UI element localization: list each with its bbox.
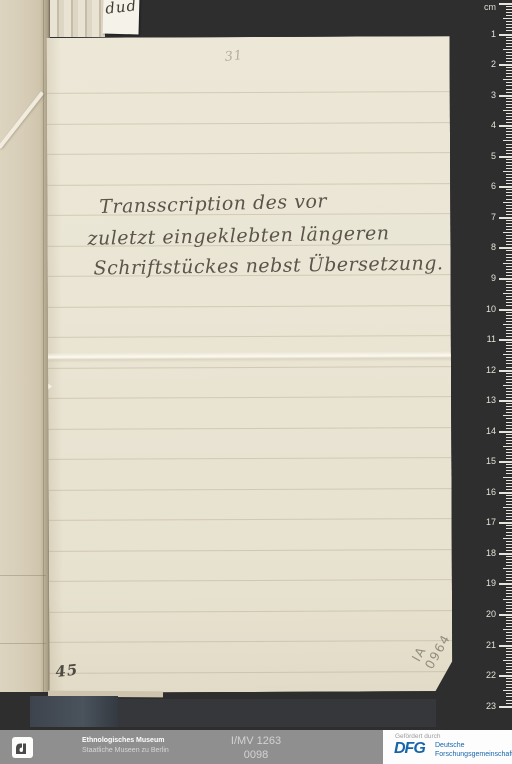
ruler-cm-label: 14 [480,426,496,436]
ruler-mm-tick [506,666,512,667]
ruler-cm-label: 18 [480,548,496,558]
ruler-cm-tick [499,3,512,5]
ruler-mm-tick [506,159,512,160]
ruler-mm-tick [503,660,512,661]
ruler-mm-tick [506,437,512,438]
ruler-mm-tick [506,525,512,526]
ruler-cm-label: 11 [480,334,496,344]
ruler-mm-tick [506,275,512,276]
ruler-mm-tick [506,394,512,395]
ruler-mm-tick [506,89,512,90]
ruler-mm-tick [506,418,512,419]
ruled-line [49,610,452,613]
ruler-mm-tick [506,244,512,245]
ruler-mm-tick [503,690,512,691]
crease-line [0,643,46,644]
document-id-block: I/MV 1263 0098 [156,734,356,762]
ruled-line [47,122,450,125]
ruler-mm-tick [506,30,512,31]
ruler-mm-tick [506,443,512,444]
ruler-mm-tick [506,559,512,560]
page-fold-mark [0,91,44,149]
ruler-mm-tick [506,113,512,114]
ruler-mm-tick [506,638,512,639]
ruler-mm-tick [506,391,512,392]
ruler-mm-tick [506,550,512,551]
ruled-line [48,366,451,369]
ruler-mm-tick [506,235,512,236]
ruler-mm-tick [503,477,512,478]
stacked-page-edges [50,0,105,37]
ruler-cm-label: 4 [480,120,496,130]
ruler-cm-tick [499,95,512,97]
ruler-mm-tick [506,250,512,251]
dfg-org-name: Deutsche Forschungsgemeinschaft [435,742,512,759]
ruler-mm-tick [503,385,512,386]
ruler-mm-tick [506,409,512,410]
ruler-mm-tick [506,299,512,300]
ruler-mm-tick [506,376,512,377]
ruler-mm-tick [506,40,512,41]
ruler-mm-tick [506,348,512,349]
ruler-mm-tick [506,608,512,609]
ruler-mm-tick [503,599,512,600]
ruler-mm-tick [506,397,512,398]
ruler-mm-tick [506,440,512,441]
ruler-mm-tick [506,470,512,471]
ruler-mm-tick [506,360,512,361]
ruler-mm-tick [506,428,512,429]
ruler-mm-tick [506,623,512,624]
ruler-cm-tick [499,614,512,616]
ruler-mm-tick [506,571,512,572]
ruler-mm-tick [506,92,512,93]
ruler-mm-tick [506,626,512,627]
ruler-mm-tick [506,574,512,575]
ruler-mm-tick [506,122,512,123]
ruler-mm-tick [506,687,512,688]
ruler-mm-tick [506,632,512,633]
ruler-mm-tick [506,541,512,542]
ruled-line [49,579,452,582]
ruled-line [49,518,452,521]
ruler-mm-tick [506,516,512,517]
ruler-mm-tick [506,590,512,591]
ruler-mm-tick [506,226,512,227]
ruler-mm-tick [506,269,512,270]
handwriting-line: zuletzt eingeklebten längeren [87,222,389,250]
ruler-mm-tick [506,696,512,697]
ruler-cm-label: 21 [480,640,496,650]
ruler-cm-label: 23 [480,701,496,711]
inventory-stamp: IA 0964 [409,621,453,671]
ruled-line [49,549,452,552]
ruler-mm-tick [506,284,512,285]
dfg-logo: DFG [394,740,425,758]
ruler-mm-tick [503,18,512,19]
ruler-cm-tick [499,706,512,708]
ruler-mm-tick [506,296,512,297]
ruler-mm-tick [503,538,512,539]
ruler-cm-label: 19 [480,578,496,588]
ruler-cm-tick [499,583,512,585]
ruler-mm-tick [506,305,512,306]
ruler-mm-tick [506,388,512,389]
ruler-mm-tick [503,415,512,416]
ruler-mm-tick [506,480,512,481]
ruler-mm-tick [506,467,512,468]
ruled-line [49,488,452,491]
image-number: 0098 [156,748,356,762]
ruler-mm-tick [506,602,512,603]
ruler-mm-tick [506,544,512,545]
ruler-mm-tick [506,336,512,337]
ruler-mm-tick [506,223,512,224]
ruler-mm-tick [506,501,512,502]
ruler-mm-tick [506,9,512,10]
ruler-mm-tick [506,52,512,53]
page-edge-line [43,0,44,692]
ruler-mm-tick [506,648,512,649]
ruler-mm-tick [506,266,512,267]
ruler-mm-tick [506,458,512,459]
ruler-mm-tick [506,510,512,511]
manuscript-page: 31 Transscription des vor zuletzt eingek… [47,36,453,693]
ruler-mm-tick [506,260,512,261]
ruler-mm-tick [506,82,512,83]
ruler-mm-tick [506,70,512,71]
book-bottom-edge [30,696,118,727]
ruler-mm-tick [506,681,512,682]
ruler-cm-tick [499,278,512,280]
ruler-mm-tick [506,620,512,621]
ruler-mm-tick [506,272,512,273]
ruler-mm-tick [503,507,512,508]
ruler-mm-tick [506,657,512,658]
ruler-mm-tick [506,700,512,701]
ruler-mm-tick [506,321,512,322]
ruler-mm-tick [506,144,512,145]
ruler-cm-tick [499,492,512,494]
ruler-mm-tick [506,254,512,255]
ruler-mm-tick [506,587,512,588]
ruler-mm-tick [506,425,512,426]
slip-handwriting: dud [104,0,138,18]
ruler-mm-tick [506,6,512,7]
ruler-mm-tick [506,281,512,282]
ruled-line [47,183,450,186]
ruler-cm-tick [499,675,512,677]
ruler-mm-tick [506,214,512,215]
paper-slip: dud [103,0,140,34]
ruler-mm-tick [506,345,512,346]
ruler-mm-tick [506,351,512,352]
smb-logo-icon [12,737,33,758]
ruler-cm-tick [499,156,512,158]
folio-number-top: 31 [224,48,244,65]
ruler-mm-tick [506,654,512,655]
ruler-cm-tick [499,125,512,127]
ruler-mm-tick [506,318,512,319]
ruler-cm-tick [499,247,512,249]
ruler-mm-tick [503,49,512,50]
ruler-cm-label: 6 [480,181,496,191]
footer-bar: Ethnologisches Museum Staatliche Museen … [0,730,512,764]
ruler-mm-tick [506,412,512,413]
ruler-mm-tick [506,556,512,557]
ruler-cm-label: 8 [480,242,496,252]
ruler-mm-tick [503,202,512,203]
ruler-mm-tick [506,162,512,163]
ruler-mm-tick [503,354,512,355]
ruler-mm-tick [506,483,512,484]
ruler-mm-tick [506,422,512,423]
ruled-line [49,640,452,643]
ruler-mm-tick [506,27,512,28]
ruler-mm-tick [503,232,512,233]
ruler-mm-tick [506,37,512,38]
ruler-mm-tick [506,137,512,138]
ruler-mm-tick [506,382,512,383]
ruler-cm-label: 12 [480,365,496,375]
ruler-mm-tick [506,302,512,303]
ruler-mm-tick [506,21,512,22]
ruler-mm-tick [506,147,512,148]
ruler-mm-tick [506,208,512,209]
ruler-mm-tick [506,134,512,135]
ruler-cm-label: 13 [480,395,496,405]
ruler-mm-tick [506,211,512,212]
ruled-lines [47,36,450,38]
ruler-mm-tick [506,565,512,566]
ruler-mm-tick [506,367,512,368]
ruler-mm-tick [506,119,512,120]
ruler-mm-tick [506,580,512,581]
ruler-cm-label: 9 [480,273,496,283]
ruler-mm-tick [506,85,512,86]
ruler-mm-tick [506,199,512,200]
ruler-cm-tick [499,217,512,219]
ruler-cm-label: 2 [480,59,496,69]
ruler-mm-tick [503,263,512,264]
ruler-mm-tick [506,547,512,548]
ruler-mm-tick [503,171,512,172]
ruler-cm-tick [499,553,512,555]
ruler-mm-tick [506,379,512,380]
ruler-mm-tick [506,684,512,685]
ruler-mm-tick [506,12,512,13]
handwriting-line: Schriftstückes nebst Übersetzung. [93,252,443,279]
ruler-mm-tick [506,15,512,16]
ruler-mm-tick [506,498,512,499]
ruler-mm-tick [506,342,512,343]
ruler-mm-tick [503,110,512,111]
ruler-mm-tick [503,568,512,569]
ruler-mm-tick [506,327,512,328]
ruler-cm-label: 16 [480,487,496,497]
ruler-mm-tick [506,195,512,196]
ruler-mm-tick [506,434,512,435]
ruler-mm-tick [506,153,512,154]
ruler-mm-tick [506,635,512,636]
ruler-mm-tick [506,116,512,117]
ruler-cm-tick [499,522,512,524]
horizontal-crease [48,351,451,363]
ruler-mm-tick [506,180,512,181]
ruler-mm-tick [506,357,512,358]
ruler-mm-tick [506,363,512,364]
ruler-mm-tick [506,403,512,404]
ruler-cm-tick [499,370,512,372]
ruler-mm-tick [506,73,512,74]
ruler-mm-tick [506,504,512,505]
ruler-cm-tick [499,64,512,66]
ruler-cm-tick [499,34,512,36]
ruler-mm-tick [503,140,512,141]
ruler-mm-tick [506,605,512,606]
ruler-cm-tick [499,186,512,188]
ruler-mm-tick [506,315,512,316]
ruled-line [48,396,451,399]
ruler-cm-label: 7 [480,212,496,222]
ruler-mm-tick [506,528,512,529]
ruler-cm-tick [499,309,512,311]
ruler-mm-tick [506,473,512,474]
ruler-mm-tick [506,168,512,169]
ruled-line [48,427,451,430]
ruler-mm-tick [506,577,512,578]
ruler-mm-tick [506,43,512,44]
ruler-mm-tick [503,629,512,630]
ruled-line [48,305,451,308]
ruler-mm-tick [506,192,512,193]
folio-number-bottom: 45 [54,661,79,681]
ruler-mm-tick [506,76,512,77]
ruler-mm-tick [506,669,512,670]
ruler-mm-tick [506,535,512,536]
ruler-mm-tick [506,229,512,230]
ruler-mm-tick [506,519,512,520]
ruler-cm-label: 15 [480,456,496,466]
ruler-cm-label: 10 [480,304,496,314]
ruler-mm-tick [506,452,512,453]
crease-line [0,575,46,576]
ruler-mm-tick [506,596,512,597]
ruler-mm-tick [506,333,512,334]
ruler-mm-tick [506,205,512,206]
book-left-edge [0,0,50,692]
document-id: I/MV 1263 [156,734,356,748]
ruler-mm-tick [506,128,512,129]
ruler-mm-tick [506,641,512,642]
ruler-mm-tick [506,330,512,331]
ruler-mm-tick [506,489,512,490]
ruled-line [49,671,452,674]
ruler-mm-tick [506,532,512,533]
ruler-mm-tick [506,55,512,56]
ruler-mm-tick [506,150,512,151]
ruler-cm-tick [499,461,512,463]
ruler-cm-tick [499,400,512,402]
ruler-mm-tick [503,79,512,80]
ruler-mm-tick [506,464,512,465]
ruler-cm-tick [499,431,512,433]
ruler-cm-label: 20 [480,609,496,619]
ruled-line [48,335,451,338]
ruler-cm-label: 3 [480,90,496,100]
ruler-mm-tick [506,58,512,59]
ruler-cm-label: 5 [480,151,496,161]
ruler-cm-tick [499,339,512,341]
ruler-mm-tick [506,672,512,673]
ruler-mm-tick [506,257,512,258]
ruler-mm-tick [506,678,512,679]
ruler-mm-tick [506,46,512,47]
funding-label: Gefördert durch [395,733,441,740]
ruler-mm-tick [506,177,512,178]
ruler-mm-tick [506,61,512,62]
ruler-mm-tick [506,101,512,102]
dfg-funding-box: Gefördert durch DFG Deutsche Forschungsg… [383,730,512,764]
ruler-mm-tick [506,67,512,68]
ruler-mm-tick [506,449,512,450]
ruled-line [47,152,450,155]
ruler-unit-label: cm [484,2,496,12]
ruler-mm-tick [503,293,512,294]
ruler-mm-tick [506,104,512,105]
ruler-mm-tick [506,220,512,221]
book-bottom-shadow [118,699,436,727]
ruler-mm-tick [506,513,512,514]
ruler-mm-tick [506,174,512,175]
ruler-mm-tick [503,324,512,325]
ruled-line [48,457,451,460]
ruler-mm-tick [506,189,512,190]
ruler-cm-tick [499,645,512,647]
ruler-mm-tick [506,165,512,166]
ruler-mm-tick [506,651,512,652]
ruler-mm-tick [506,617,512,618]
ruled-line [47,91,450,94]
ruler-mm-tick [506,312,512,313]
ruler-cm-label: 22 [480,670,496,680]
ruler-mm-tick [506,241,512,242]
document-viewer: dud 31 Transscription des vor zuletzt ei… [0,0,512,764]
ruler-mm-tick [506,611,512,612]
ruler-mm-tick [506,107,512,108]
ruler-mm-tick [506,495,512,496]
ruler-mm-tick [506,406,512,407]
ruler-mm-tick [506,290,512,291]
ruler-mm-tick [506,238,512,239]
cm-ruler: cm 1234567891011121314151617181920212223 [478,0,512,728]
ruler-mm-tick [506,663,512,664]
ruler-mm-tick [506,593,512,594]
ruler-mm-tick [506,183,512,184]
ruler-mm-tick [506,486,512,487]
ruler-mm-tick [506,24,512,25]
ruler-cm-label: 1 [480,29,496,39]
ruler-cm-label: 17 [480,517,496,527]
ruler-mm-tick [506,455,512,456]
ruler-mm-tick [506,373,512,374]
ruler-mm-tick [506,562,512,563]
ruler-mm-tick [506,287,512,288]
ruler-mm-tick [506,131,512,132]
ruler-mm-tick [506,693,512,694]
ruler-mm-tick [503,446,512,447]
ruler-mm-tick [506,98,512,99]
